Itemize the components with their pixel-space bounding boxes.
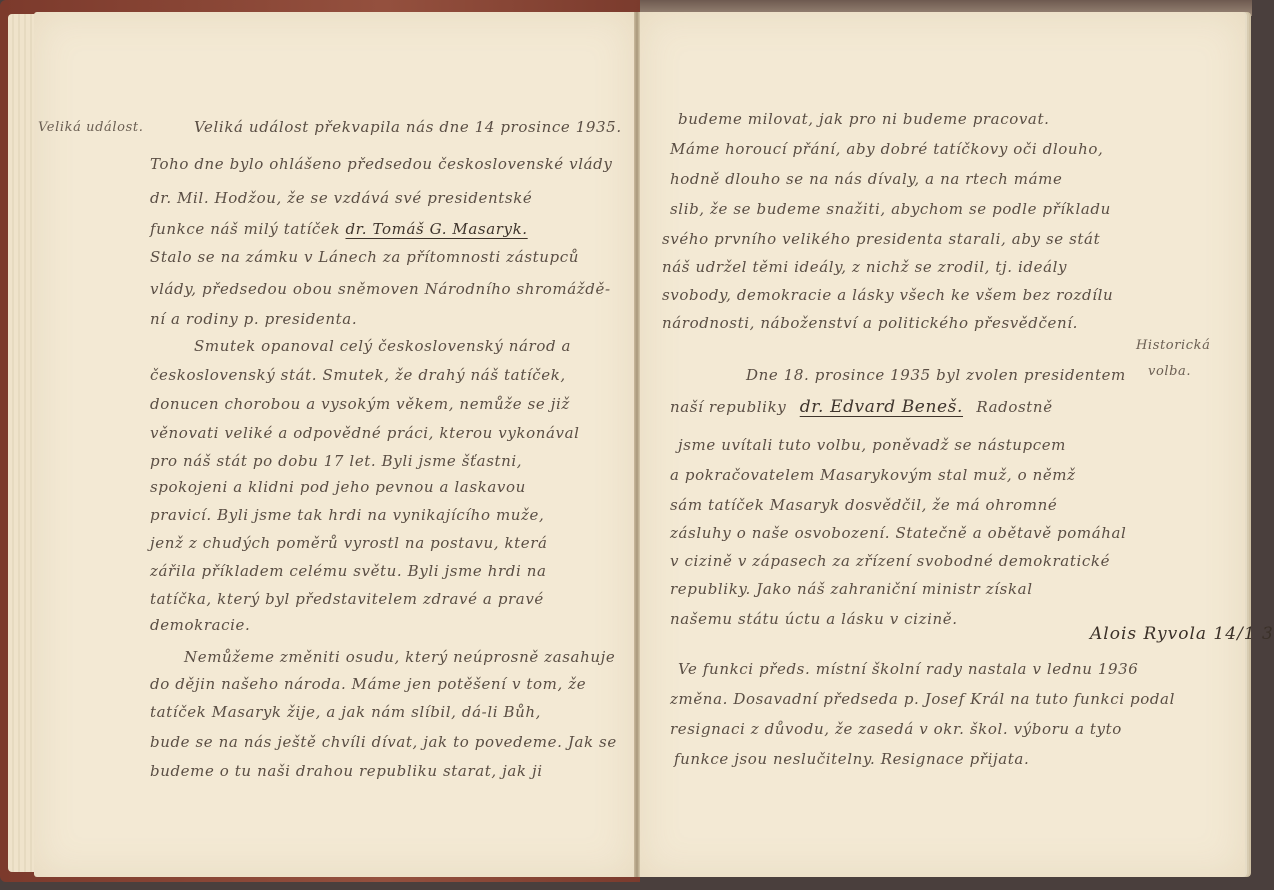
left-page: Veliká událost. Veliká událost překvapil… <box>34 12 634 877</box>
text-line: jenž z chudých poměrů vyrostl na postavu… <box>150 534 548 552</box>
text-line: a pokračovatelem Masarykovým stal muž, o… <box>670 466 1076 484</box>
text-line: národnosti, náboženství a politického př… <box>662 314 1078 332</box>
text-fragment: naší republiky <box>670 398 786 416</box>
text-line: našemu státu úctu a lásku v cizině. <box>670 610 958 628</box>
text-line: bude se na nás ještě chvíli dívat, jak t… <box>150 733 617 751</box>
text-line: svého prvního velikého presidenta staral… <box>662 230 1100 248</box>
text-line: zásluhy o naše osvobození. Statečně a ob… <box>670 524 1126 542</box>
text-fragment: Radostně <box>976 398 1052 416</box>
text-line: donucen chorobou a vysokým věkem, nemůže… <box>150 395 570 413</box>
text-line: tatíčka, který byl představitelem zdravé… <box>150 590 544 608</box>
margin-note-volba: volba. <box>1148 364 1191 379</box>
margin-note-velika-udalost: Veliká událost. <box>38 120 143 135</box>
text-line: náš udržel těmi ideály, z nichž se zrodi… <box>662 258 1067 276</box>
right-page: budeme milovat, jak pro ni budeme pracov… <box>640 12 1245 877</box>
underlined-name-benes: dr. Edvard Beneš. <box>800 397 963 417</box>
text-line: slib, že se budeme snažiti, abychom se p… <box>670 200 1111 218</box>
text-line: pravicí. Byli jsme tak hrdi na vynikajíc… <box>150 506 544 524</box>
margin-note-historicka: Historická <box>1136 338 1211 353</box>
text-line: vlády, předsedou obou sněmoven Národního… <box>150 280 611 298</box>
underlined-name-masaryk: dr. Tomáš G. Masaryk. <box>345 220 527 238</box>
text-line: pro náš stát po dobu 17 let. Byli jsme š… <box>150 452 522 470</box>
text-line: resignaci z důvodu, že zasedá v okr. ško… <box>670 720 1122 738</box>
text-line: tatíček Masaryk žije, a jak nám slíbil, … <box>150 703 541 721</box>
text-line: Toho dne bylo oh­lášeno předsedou českos… <box>150 155 612 173</box>
text-line: Stalo se na zámku v Lánech za přítomnost… <box>150 248 579 266</box>
text-line: republiky. Jako náš zahraniční ministr z… <box>670 580 1033 598</box>
text-fragment: funkce náš milý tatíček <box>150 220 340 238</box>
text-line: budeme o tu naši drahou republiku starat… <box>150 762 543 780</box>
text-line: v cizině v zápasech za zřízení svobodné … <box>670 552 1110 570</box>
text-line: svobody, demokracie a lásky všech ke vše… <box>662 286 1113 304</box>
text-line: funkce náš milý tatíček dr. Tomáš G. Mas… <box>150 220 528 238</box>
text-line: ní a rodiny p. presidenta. <box>150 310 357 328</box>
text-line: do dějin našeho národa. Máme jen potěšen… <box>150 675 586 693</box>
text-line: Nemůžeme změniti osudu, který neúprosně … <box>184 648 615 666</box>
text-line: Veliká událost překvapila nás dne 14 pro… <box>194 118 622 136</box>
text-line: budeme milovat, jak pro ni budeme pracov… <box>678 110 1049 128</box>
text-line: Smutek opanoval celý československý náro… <box>194 337 571 355</box>
text-line: jsme uvítali tuto volbu, poněvadž se nás… <box>678 436 1066 454</box>
text-line: funkce jsou neslučitelny. Resignace přij… <box>674 750 1029 768</box>
text-line: československý stát. Smutek, že drahý ná… <box>150 366 566 384</box>
text-line: zářila příkladem celému světu. Byli jsme… <box>150 562 547 580</box>
text-line: Dne 18. prosince 1935 byl zvolen preside… <box>746 366 1126 384</box>
text-line: demokracie. <box>150 616 250 634</box>
text-line: změna. Dosavadní předseda p. Josef Král … <box>670 690 1175 708</box>
text-line: spokojeni a klidni pod jeho pevnou a las… <box>150 478 526 496</box>
text-line: věnovati veliké a odpovědné práci, ktero… <box>150 424 580 442</box>
text-line: dr. Mil. Hodžou, že se vzdává své presid… <box>150 189 532 207</box>
text-line: sám tatíček Masaryk dosvědčil, že má ohr… <box>670 496 1057 514</box>
text-line: hodně dlouho se na nás dívaly, a na rtec… <box>670 170 1062 188</box>
text-line: Ve funkci předs. místní školní rady nast… <box>678 660 1138 678</box>
author-signature: Alois Ryvola 14/1 36. <box>1090 624 1274 644</box>
text-line: naší republiky dr. Edvard Beneš. Radostn… <box>670 397 1053 417</box>
text-line: Máme horoucí přání, aby dobré tatíčkovy … <box>670 140 1103 158</box>
